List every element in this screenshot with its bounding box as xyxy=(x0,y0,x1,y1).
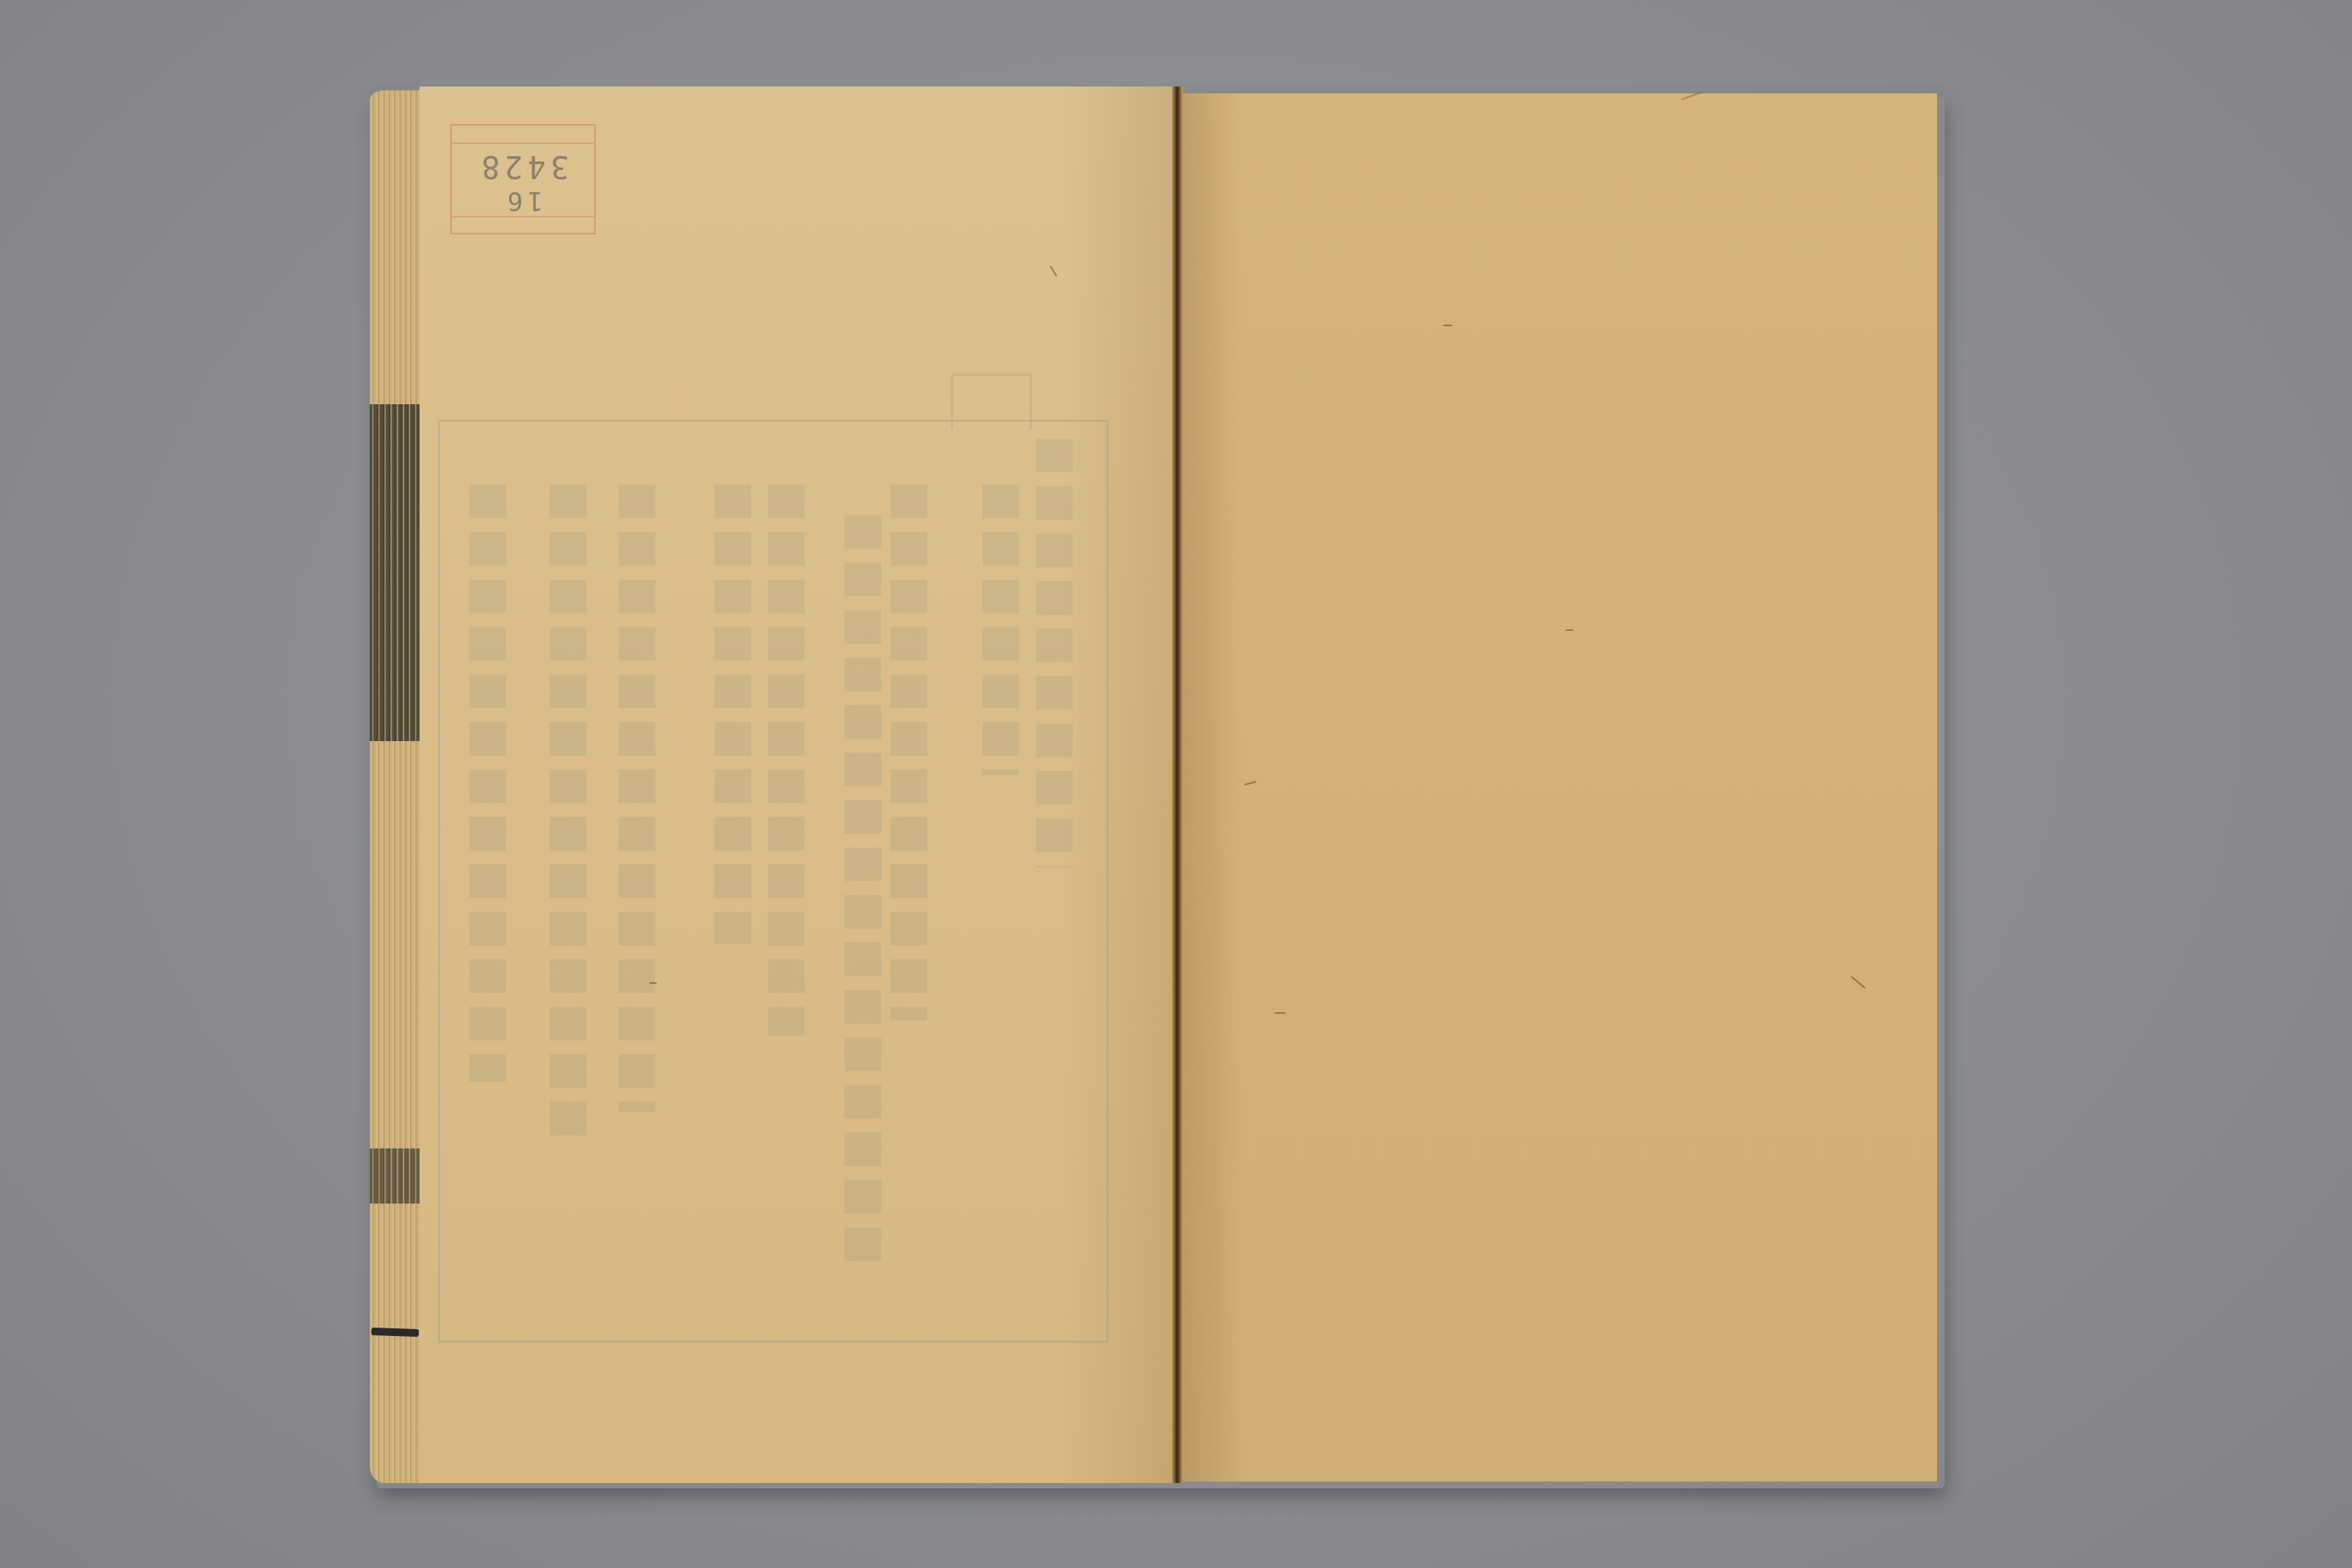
bleed-through-column xyxy=(768,485,805,1036)
bleed-through-column xyxy=(844,515,881,1266)
bleed-through-column xyxy=(469,485,506,1082)
left-page: 3428 16 xyxy=(420,87,1175,1483)
right-page xyxy=(1183,93,1937,1481)
stamp-number: 3428 xyxy=(452,149,594,184)
book-gutter xyxy=(1172,87,1183,1483)
spine-ink-marks xyxy=(370,404,420,741)
book: 3428 16 xyxy=(0,0,2352,1568)
bleed-through-column xyxy=(890,485,927,1021)
bleed-through-column xyxy=(550,485,586,1143)
spine-dark-line xyxy=(371,1328,419,1337)
bleed-through-column xyxy=(1036,439,1073,867)
bleed-through-column xyxy=(714,485,751,944)
bleed-through-column xyxy=(619,485,655,1112)
stamp-sub-number: 16 xyxy=(452,185,594,216)
bleed-through-column xyxy=(982,485,1019,776)
page-stack-edge xyxy=(370,90,420,1483)
library-stamp: 3428 16 xyxy=(450,124,596,234)
spine-ink-marks-lower xyxy=(370,1148,420,1204)
